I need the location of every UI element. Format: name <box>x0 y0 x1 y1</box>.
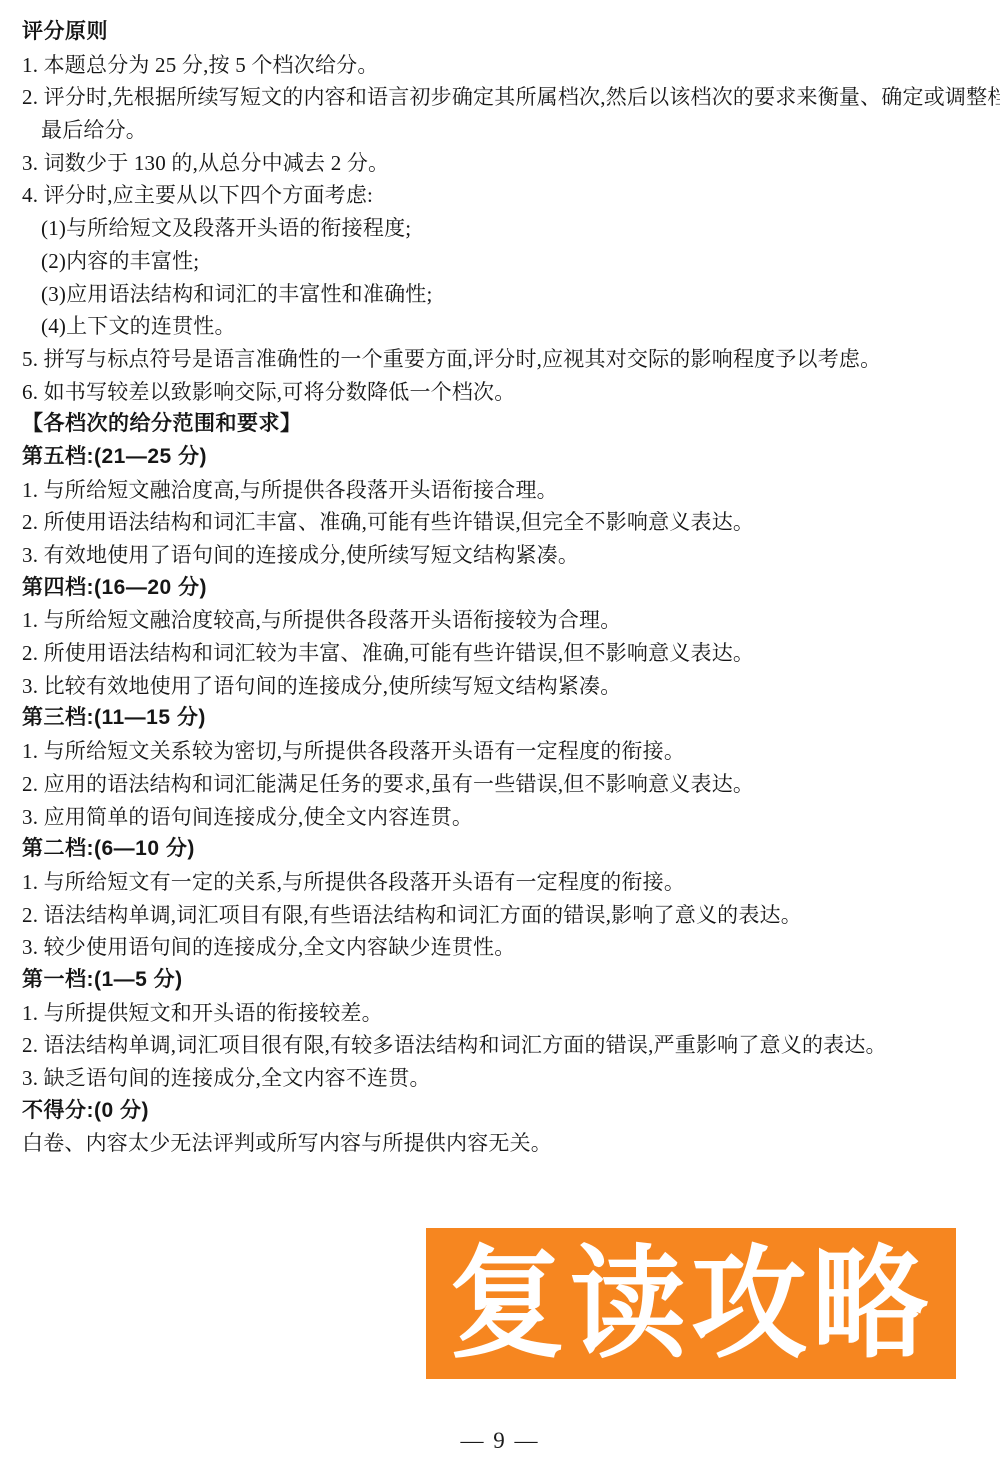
rubric-text-line: 3. 应用简单的语句间连接成分,使全文内容连贯。 <box>22 801 982 834</box>
rubric-text-line: 3. 缺乏语句间的连接成分,全文内容不连贯。 <box>22 1062 982 1095</box>
rubric-text-line: 白卷、内容太少无法评判或所写内容与所提供内容无关。 <box>22 1127 982 1160</box>
rubric-heading-line: 第二档:(6—10 分) <box>22 833 982 866</box>
rubric-text-line: 3. 比较有效地使用了语句间的连接成分,使所续写短文结构紧凑。 <box>22 670 982 703</box>
rubric-heading-line: 第五档:(21—25 分) <box>22 441 982 474</box>
rubric-text-line: 2. 所使用语法结构和词汇较为丰富、准确,可能有些许错误,但不影响意义表达。 <box>22 637 982 670</box>
rubric-text-line: 1. 与所给短文有一定的关系,与所提供各段落开头语有一定程度的衔接。 <box>22 866 982 899</box>
rubric-text-line: 4. 评分时,应主要从以下四个方面考虑: <box>22 179 982 212</box>
banner-title: 复读攻略 <box>449 1243 933 1365</box>
rubric-text-line: 3. 词数少于 130 的,从总分中减去 2 分。 <box>22 147 982 180</box>
rubric-text-line: 2. 所使用语法结构和词汇丰富、准确,可能有些许错误,但完全不影响意义表达。 <box>22 506 982 539</box>
rubric-heading-line: 第一档:(1—5 分) <box>22 964 982 997</box>
rubric-heading-line: 第三档:(11—15 分) <box>22 702 982 735</box>
rubric-heading-line: 第四档:(16—20 分) <box>22 572 982 605</box>
rubric-text-line: 5. 拼写与标点符号是语言准确性的一个重要方面,评分时,应视其对交际的影响程度予… <box>22 343 982 376</box>
rubric-text-line: 3. 较少使用语句间的连接成分,全文内容缺少连贯性。 <box>22 931 982 964</box>
promo-banner: 复读攻略 <box>426 1228 956 1379</box>
rubric-heading-line: 【各档次的给分范围和要求】 <box>22 408 982 441</box>
rubric-text-line: (2)内容的丰富性; <box>22 245 982 278</box>
scoring-rubric-text-block: 评分原则1. 本题总分为 25 分,按 5 个档次给分。2. 评分时,先根据所续… <box>22 16 982 1160</box>
rubric-text-line: 3. 有效地使用了语句间的连接成分,使所续写短文结构紧凑。 <box>22 539 982 572</box>
rubric-text-line: 2. 语法结构单调,词汇项目很有限,有较多语法结构和词汇方面的错误,严重影响了意… <box>22 1029 982 1062</box>
rubric-heading-line: 评分原则 <box>22 16 982 49</box>
rubric-text-line: 1. 与所给短文融洽度较高,与所提供各段落开头语衔接较为合理。 <box>22 604 982 637</box>
rubric-text-line: 2. 应用的语法结构和词汇能满足任务的要求,虽有一些错误,但不影响意义表达。 <box>22 768 982 801</box>
rubric-text-line: (3)应用语法结构和词汇的丰富性和准确性; <box>22 278 982 311</box>
rubric-text-line: 1. 与所给短文融洽度高,与所提供各段落开头语衔接合理。 <box>22 474 982 507</box>
rubric-text-line: (1)与所给短文及段落开头语的衔接程度; <box>22 212 982 245</box>
rubric-text-line: 1. 与所提供短文和开头语的衔接较差。 <box>22 997 982 1030</box>
page-number: — 9 — <box>0 1428 1000 1454</box>
rubric-text-line: (4)上下文的连贯性。 <box>22 310 982 343</box>
rubric-heading-line: 不得分:(0 分) <box>22 1095 982 1128</box>
rubric-text-line: 6. 如书写较差以致影响交际,可将分数降低一个档次。 <box>22 376 982 409</box>
rubric-text-line: 1. 与所给短文关系较为密切,与所提供各段落开头语有一定程度的衔接。 <box>22 735 982 768</box>
rubric-text-line: 最后给分。 <box>22 114 982 147</box>
rubric-text-line: 2. 评分时,先根据所续写短文的内容和语言初步确定其所属档次,然后以该档次的要求… <box>22 81 982 114</box>
rubric-text-line: 2. 语法结构单调,词汇项目有限,有些语法结构和词汇方面的错误,影响了意义的表达… <box>22 899 982 932</box>
document-page: 评分原则1. 本题总分为 25 分,按 5 个档次给分。2. 评分时,先根据所续… <box>0 0 1000 1480</box>
rubric-text-line: 1. 本题总分为 25 分,按 5 个档次给分。 <box>22 49 982 82</box>
